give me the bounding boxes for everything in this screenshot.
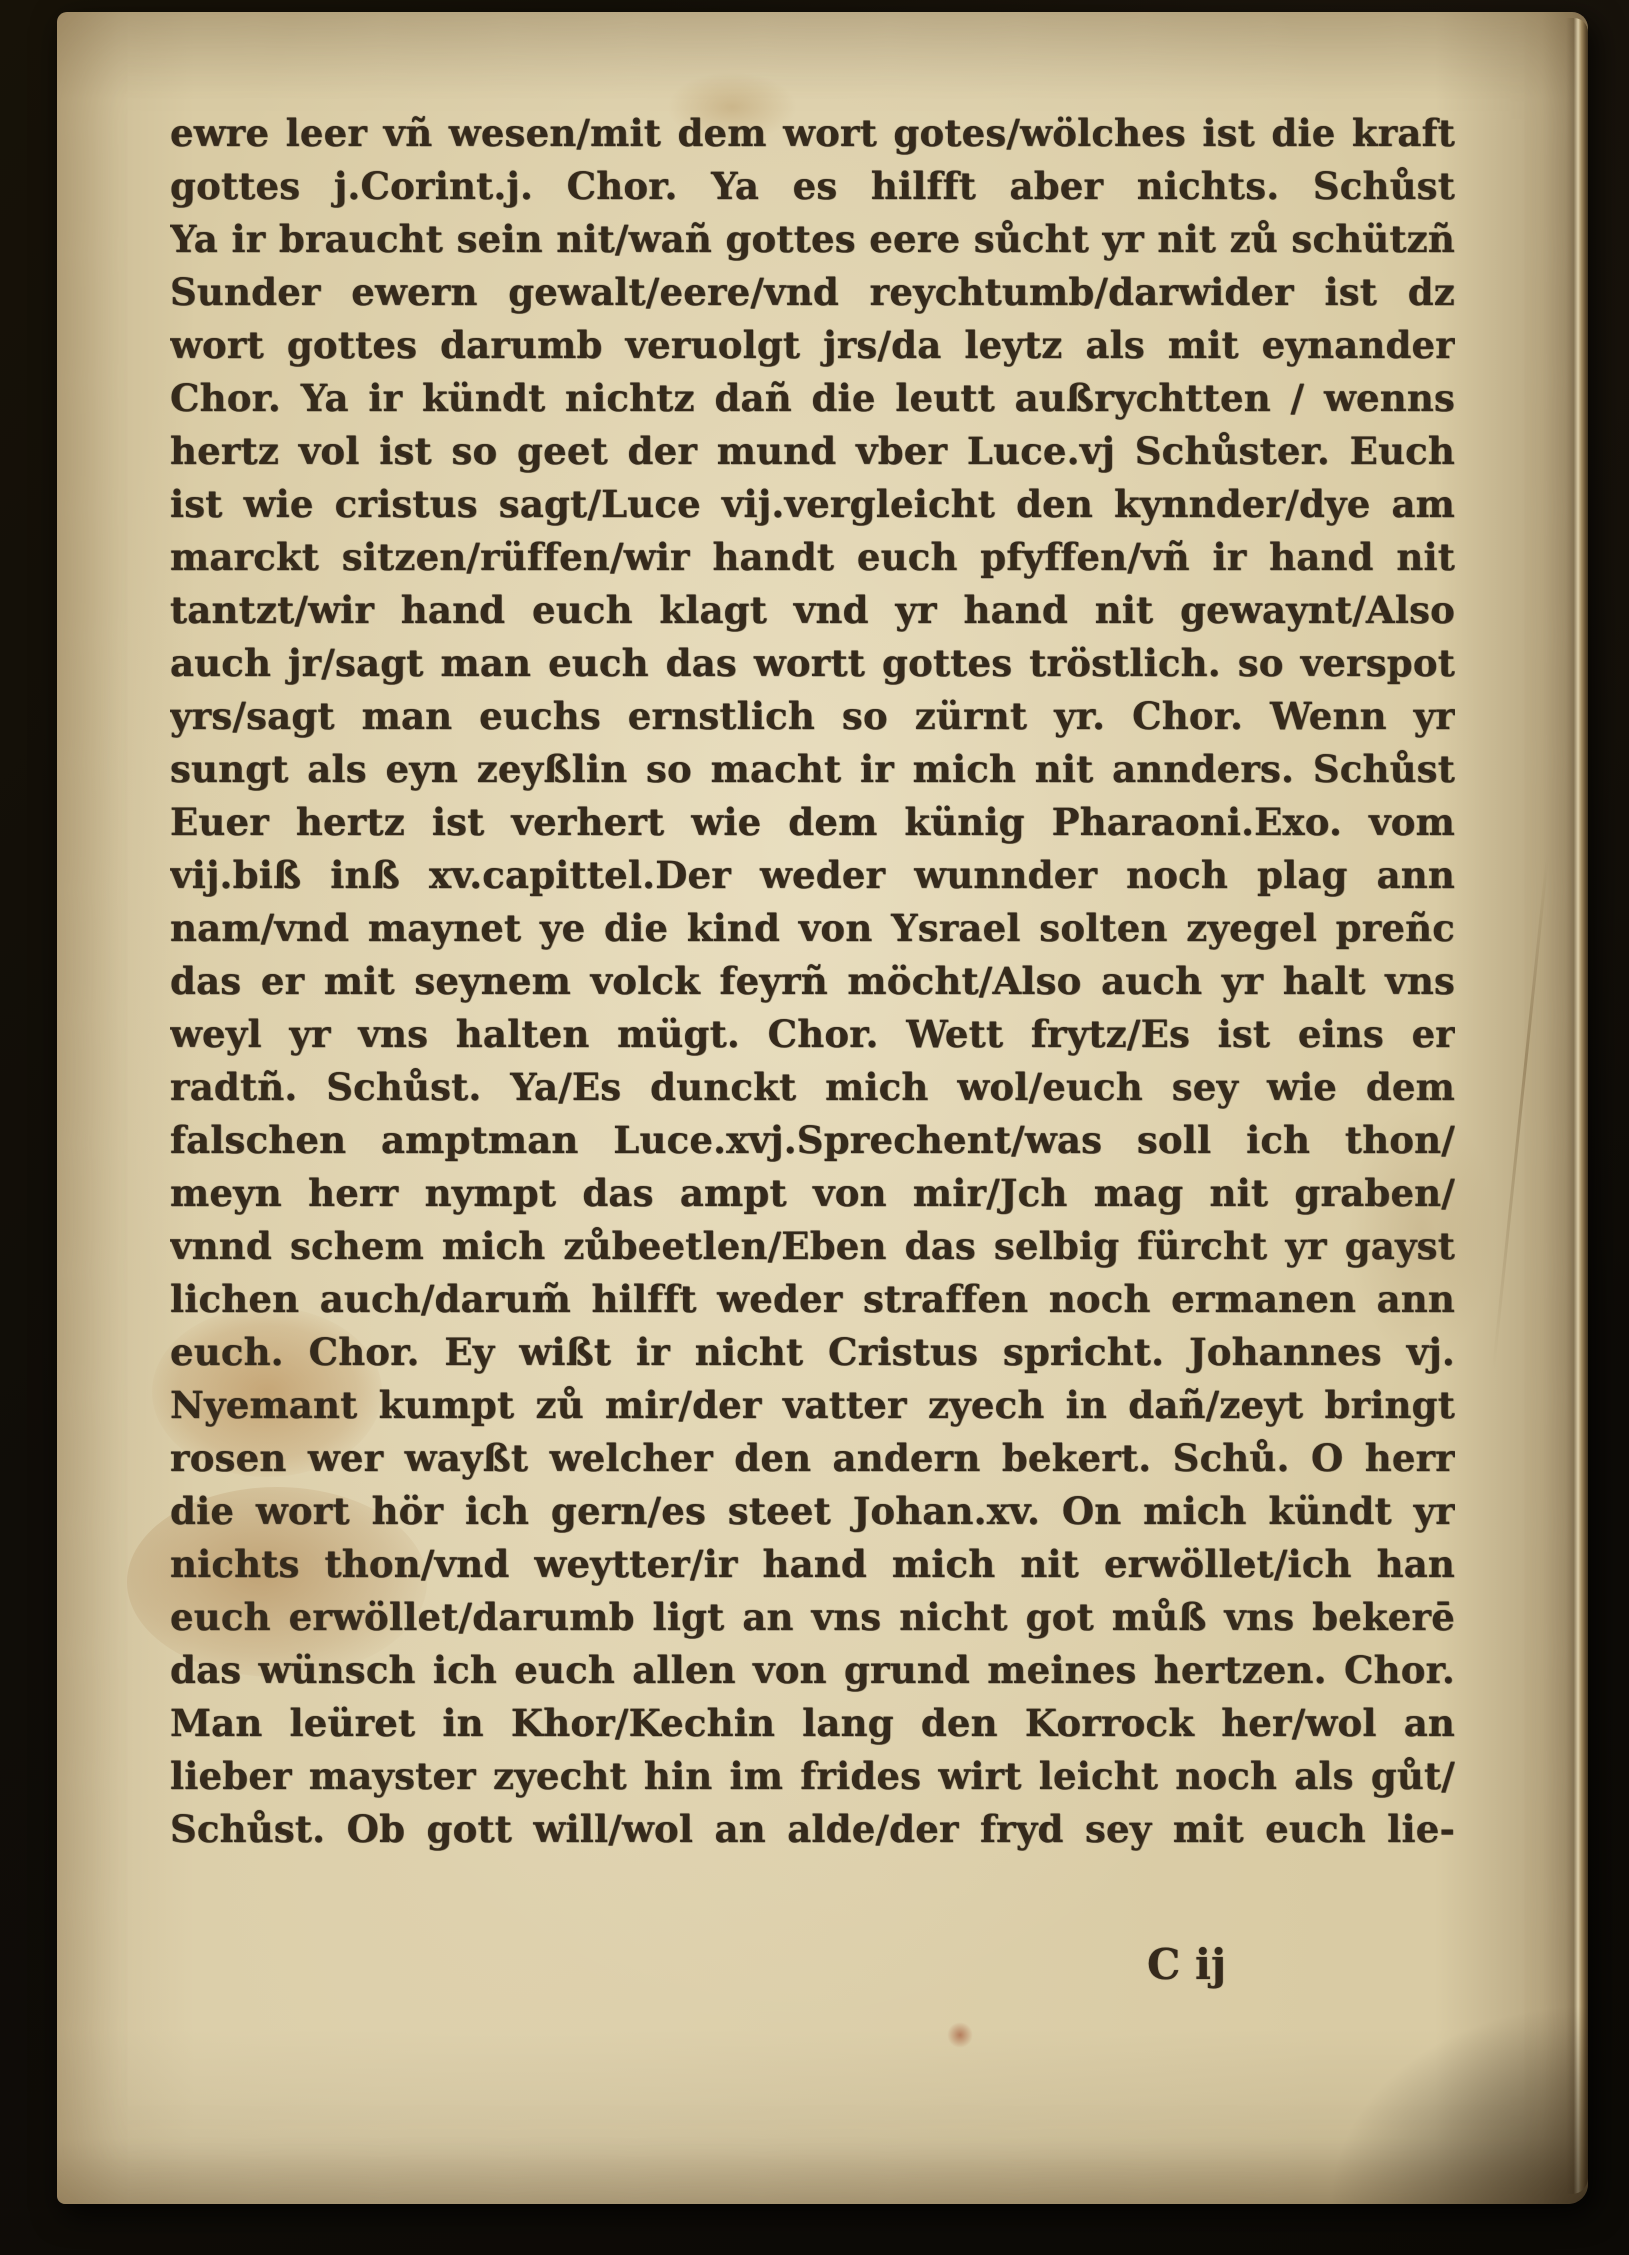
signature-mark: C ij [1147, 1940, 1226, 1989]
page-crease [1492, 853, 1549, 1370]
text-line: Sunder ewern gewalt/eere/vnd reychtumb/d… [170, 266, 1455, 319]
text-line: hertz vol ist so geet der mund vber Luce… [170, 425, 1455, 478]
text-line: das wünsch ich euch allen von grund mein… [170, 1644, 1455, 1697]
text-line: lichen auch/darum̃ hilfft weder straffen… [170, 1273, 1455, 1326]
text-line: ewre leer vñ wesen/mit dem wort gotes/wö… [170, 107, 1455, 160]
text-line: yrs/sagt man euchs ernstlich so zürnt yr… [170, 690, 1455, 743]
text-line: Euer hertz ist verhert wie dem künig Pha… [170, 796, 1455, 849]
book-page: ewre leer vñ wesen/mit dem wort gotes/wö… [57, 12, 1588, 2204]
text-line: Nyemant kumpt zů mir/der vatter zyech in… [170, 1379, 1455, 1432]
text-line: Ya ir braucht sein nit/wañ gottes eere s… [170, 213, 1455, 266]
text-line: wort gottes darumb veruolgt jrs/da leytz… [170, 319, 1455, 372]
text-line: radtñ. Schůst. Ya/Es dunckt mich wol/euc… [170, 1061, 1455, 1114]
text-line: Man leüret in Khor/Kechin lang den Korro… [170, 1697, 1455, 1750]
text-line: gottes j.Corint.j. Chor. Ya es hilfft ab… [170, 160, 1455, 213]
text-line: nam/vnd maynet ye die kind von Ysrael so… [170, 902, 1455, 955]
text-line: falschen amptman Luce.xvj.Sprechent/was … [170, 1114, 1455, 1167]
page-corner-shadow [1328, 2004, 1588, 2204]
page-fore-edge [1566, 18, 1588, 2194]
text-line: tantzt/wir hand euch klagt vnd yr hand n… [170, 584, 1455, 637]
text-line: auch jr/sagt man euch das wortt gottes t… [170, 637, 1455, 690]
text-line: lieber mayster zyecht hin im frides wirt… [170, 1750, 1455, 1803]
text-line: vij.biß inß xv.capittel.Der weder wunnde… [170, 849, 1455, 902]
text-line: meyn herr nympt das ampt von mir/Jch mag… [170, 1167, 1455, 1220]
text-line: die wort hör ich gern/es steet Johan.xv.… [170, 1485, 1455, 1538]
text-line: vnnd schem mich zůbeetlen/Eben das selbi… [170, 1220, 1455, 1273]
text-line: nichts thon/vnd weytter/ir hand mich nit… [170, 1538, 1455, 1591]
text-line: ist wie cristus sagt/Luce vij.vergleicht… [170, 478, 1455, 531]
text-line: weyl yr vns halten mügt. Chor. Wett fryt… [170, 1008, 1455, 1061]
text-line: euch. Chor. Ey wißt ir nicht Cristus spr… [170, 1326, 1455, 1379]
text-line: Chor. Ya ir kündt nichtz dañ die leutt a… [170, 372, 1455, 425]
book-photo-backdrop: ewre leer vñ wesen/mit dem wort gotes/wö… [0, 0, 1629, 2255]
text-line: euch erwöllet/darumb ligt an vns nicht g… [170, 1591, 1455, 1644]
text-line: Schůst. Ob gott will/wol an alde/der fry… [170, 1803, 1455, 1856]
text-line: das er mit seynem volck feyrñ möcht/Also… [170, 955, 1455, 1008]
stain [947, 2022, 973, 2048]
text-line: sungt als eyn zeyßlin so macht ir mich n… [170, 743, 1455, 796]
text-block: ewre leer vñ wesen/mit dem wort gotes/wö… [170, 107, 1455, 1856]
text-line: rosen wer wayßt welcher den andern beker… [170, 1432, 1455, 1485]
text-line: marckt sitzen/rüffen/wir handt euch pfyf… [170, 531, 1455, 584]
